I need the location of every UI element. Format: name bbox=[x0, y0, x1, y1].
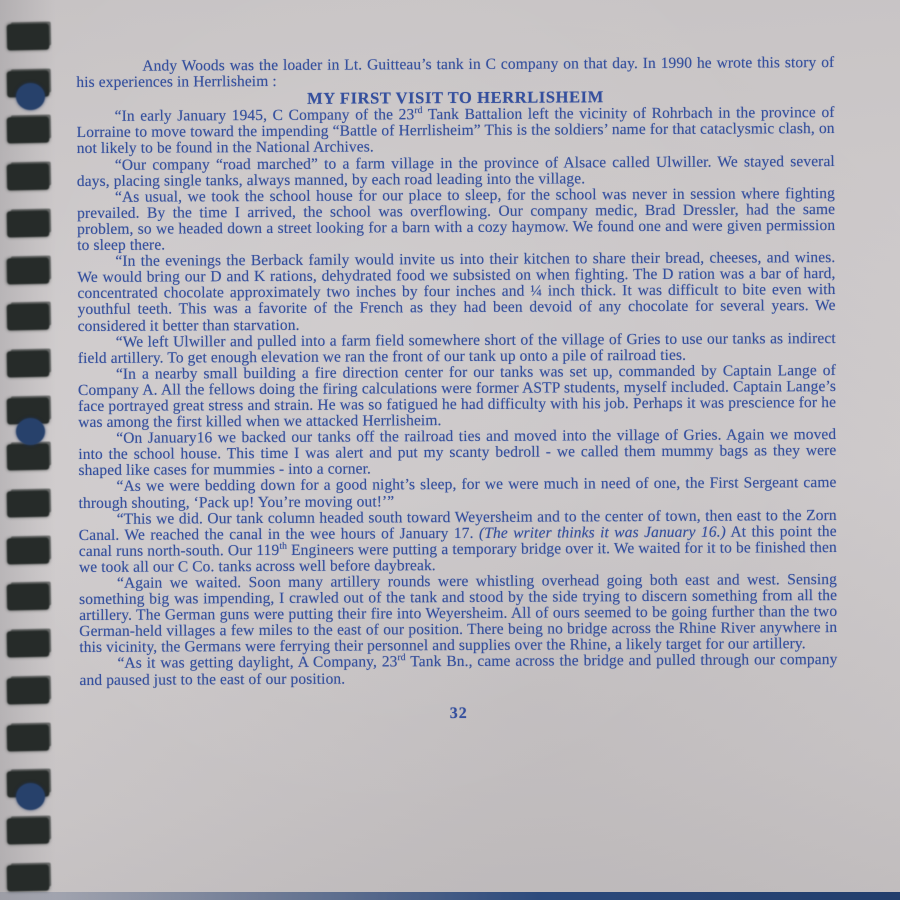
binding-hole bbox=[7, 537, 50, 564]
scanned-page-photo: Andy Woods was the loader in Lt. Guittea… bbox=[0, 0, 900, 900]
text-run: “In a nearby small building a fire direc… bbox=[78, 362, 836, 431]
paragraph: “Again we waited. Soon many artillery ro… bbox=[79, 572, 837, 656]
paragraph: “We left Ulwiller and pulled into a farm… bbox=[78, 331, 836, 367]
binding-strip bbox=[0, 0, 70, 900]
paragraph: “In early January 1945, C Company of the… bbox=[77, 105, 835, 157]
paragraph: “As usual, we took the school house for … bbox=[77, 186, 835, 254]
binding-hole bbox=[7, 350, 50, 377]
binding-hole bbox=[7, 631, 50, 658]
binding-hole bbox=[7, 724, 50, 751]
binding-hole bbox=[7, 584, 50, 611]
binding-ring bbox=[16, 418, 45, 445]
binding-hole bbox=[7, 491, 50, 518]
binding-hole bbox=[7, 257, 50, 284]
page-number: 32 bbox=[80, 704, 838, 724]
text-run: “As it was getting daylight, A Company, … bbox=[117, 654, 397, 672]
text-run: “As we were bedding down for a good nigh… bbox=[79, 474, 837, 511]
intro-paragraph: Andy Woods was the loader in Lt. Guittea… bbox=[76, 55, 834, 91]
paragraph: “This we did. Our tank column headed sou… bbox=[79, 508, 837, 576]
binding-hole bbox=[7, 864, 50, 891]
binding-hole bbox=[7, 24, 50, 51]
body-paragraphs: “In early January 1945, C Company of the… bbox=[77, 105, 838, 688]
binding-hole bbox=[7, 817, 50, 844]
binding-hole bbox=[7, 304, 50, 331]
superscript-run: rd bbox=[414, 105, 422, 116]
binding-hole bbox=[7, 677, 50, 704]
text-run: “We left Ulwiller and pulled into a farm… bbox=[78, 330, 836, 367]
page-text: Andy Woods was the loader in Lt. Guittea… bbox=[76, 55, 837, 724]
paragraph: “As we were bedding down for a good nigh… bbox=[78, 475, 836, 511]
binding-ring bbox=[16, 83, 45, 110]
binding-ring bbox=[16, 783, 45, 810]
body-paragraphs-top: Andy Woods was the loader in Lt. Guittea… bbox=[76, 55, 834, 91]
text-run: “Again we waited. Soon many artillery ro… bbox=[79, 571, 837, 656]
binding-hole bbox=[7, 164, 50, 191]
binding-hole bbox=[7, 210, 50, 237]
bottom-edge-line bbox=[0, 892, 900, 900]
paragraph: “Our company “road marched” to a farm vi… bbox=[77, 154, 835, 190]
text-run: “As usual, we took the school house for … bbox=[77, 185, 835, 254]
binding-hole bbox=[7, 117, 50, 144]
text-run: “On January16 we backed our tanks off th… bbox=[78, 426, 836, 479]
text-run: “In the evenings the Berback family woul… bbox=[77, 249, 835, 334]
paragraph: “As it was getting daylight, A Company, … bbox=[79, 652, 837, 688]
paragraph: “On January16 we backed our tanks off th… bbox=[78, 427, 836, 479]
text-run: “Our company “road marched” to a farm vi… bbox=[77, 153, 835, 190]
text-run: Andy Woods was the loader in Lt. Guittea… bbox=[76, 54, 834, 91]
paragraph: “In a nearby small building a fire direc… bbox=[78, 363, 836, 431]
paragraph: “In the evenings the Berback family woul… bbox=[77, 250, 835, 334]
binding-hole bbox=[7, 444, 50, 471]
